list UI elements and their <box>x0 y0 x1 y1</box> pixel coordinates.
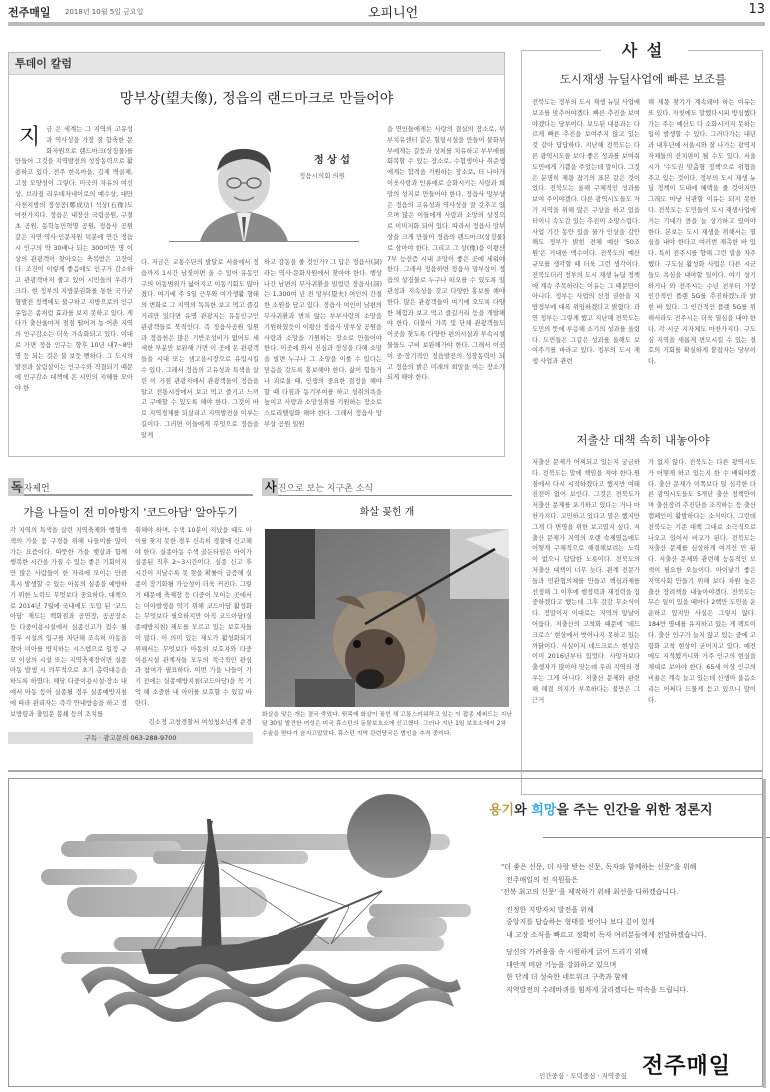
dog-photo-icon <box>265 529 509 707</box>
column-text-4: 을 연인들에게는 사랑의 결실의 장소로, 부부치유센터 같은 힐링시설을 만들… <box>387 125 505 453</box>
author-name: 정 상 섭 <box>314 151 350 166</box>
author-title: 정읍시의회 의원 <box>299 171 345 180</box>
column-text-2: 다. 지금은 교통수단의 발달로 서울에서 정읍까지 1시간 남짓이면 올 수 … <box>141 258 259 453</box>
editorial-label: 사 설 <box>522 38 764 61</box>
reader-headline: 가을 나들이 전 미아방지 '코드아담' 알아두기 <box>8 504 253 520</box>
newspaper-logo: 전주매일 <box>642 1049 731 1080</box>
editorial-1-text-2: 해 제몫 찾기가 계속돼야 하는 이유는 또 있다. 자칫에도 말했다시피 방심… <box>648 98 756 426</box>
dropcap: 지 <box>19 127 40 149</box>
section-title: 오피니언 <box>368 2 418 21</box>
ad-paragraph-2: 진정한 지방자치 발전을 위해 중앙지를 답습하는 형태를 벗어나 보다 깊이 … <box>501 904 756 942</box>
column-text-1: 지금 은 세계는 그 지역의 고유성과 역사성을 가장 잘 함축한 문화자원으로… <box>15 125 133 453</box>
editorial-1-text-1: 전북도는 정부의 도시 재생 뉴딜 사업에 보조를 맞추어야겠다. 빠른 추진을… <box>532 98 640 426</box>
masthead-rule <box>8 22 765 26</box>
house-advertisement: 용기와 희망을 주는 인간을 위한 정론지 "더 좋은 신문, 더 사랑 받는 … <box>8 778 763 1087</box>
ad-copy: "더 좋은 신문, 더 사랑 받는 신문, 독자와 함께하는 신문"을 위해 전… <box>501 861 756 1001</box>
photo-caption: 화살을 맞은 개는 결국 죽었다. 뒷목에 화살이 꽂힌 채 고통스러워하고 있… <box>262 711 512 739</box>
reader-text-2: 취해야 하며, 수색 10분이 지났을 때도 아이를 찾지 못한 경우 신속히 … <box>135 526 252 716</box>
divider <box>763 779 766 1088</box>
ad-paragraph-1: "더 좋은 신문, 더 사랑 받는 신문, 독자와 함께하는 신문"을 위해 전… <box>501 861 756 899</box>
reader-opinion: 독자제언 가을 나들이 전 미아방지 '코드아담' 알아두기 각 지역의 특색을… <box>8 478 253 753</box>
editorial-section: 사 설 도시재생 뉴딜사업에 빠른 보조를 전북도는 정부의 도시 재생 뉴딜 … <box>521 50 763 795</box>
issue-date: 2018년 10월 5일 금요일 <box>65 7 143 17</box>
photo-news: 사진으로 보는 지구촌 소식 화살 꽂힌 개 화살을 맞은 개는 결국 죽었다.… <box>262 478 512 778</box>
column-headline: 망부상(望夫像), 정읍의 랜드마크로 만들어야 <box>9 88 504 108</box>
divider <box>543 837 770 838</box>
subscription-contact: 구독 · 광고문의 063-288-9700 <box>8 732 253 744</box>
photo-headline: 화살 꽂힌 개 <box>262 503 512 518</box>
section-divider <box>8 770 763 772</box>
news-photo <box>265 529 509 707</box>
reader-tag: 독자제언 <box>8 478 253 496</box>
editorial-headline-1: 도시재생 뉴딜사업에 빠른 보조를 <box>522 71 764 87</box>
ad-paragraph-3: 당신의 가려움을 속 시원하게 긁어 드리기 위해 대안적 비판 기능을 강화하… <box>501 946 756 996</box>
ship-illustration-icon <box>9 779 489 1086</box>
editorial-2-text-2: 가 없지 않다. 전북도는 다른 광역시도가 어떻게 하고 있는지 한 수 배워… <box>648 458 756 786</box>
photo-news-tag: 사진으로 보는 지구촌 소식 <box>262 478 512 496</box>
brand-name: 전주매일 <box>8 4 51 20</box>
today-column: 투데이 칼럼 망부상(望夫像), 정읍의 랜드마크로 만들어야 지금 은 세계는… <box>8 52 505 457</box>
column-tag: 투데이 칼럼 <box>9 53 504 75</box>
ad-motto: 인간중심 · 도덕중심 · 지역중심 <box>539 1071 627 1080</box>
reader-byline: 김소정 고창경찰서 여성청소년계 순경 <box>135 718 252 729</box>
page-number: 13 <box>748 2 765 17</box>
editorial-headline-2: 저출산 대책 속히 내놓아야 <box>522 432 764 448</box>
ad-slogan: 용기와 희망을 주는 인간을 위한 정론지 <box>489 799 754 818</box>
masthead: 전주매일 2018년 10월 5일 금요일 오피니언 13 <box>8 0 765 30</box>
reader-text-1: 각 지역의 특색을 살린 지역축제와 행형색색의 가을 꽃 구경을 위해 나들이… <box>10 526 127 726</box>
editorial-2-text-1: 저출산 문제가 어찌되고 있는지 궁금하다. 전북도는 말에 책임을 져야 한다… <box>532 458 640 786</box>
column-text-3: 하고 감동을 줄 것인가? 그 답은 정읍사(詞) 라는 역사·문화자원에서 찾… <box>264 258 382 453</box>
author-photo-icon <box>189 141 299 242</box>
